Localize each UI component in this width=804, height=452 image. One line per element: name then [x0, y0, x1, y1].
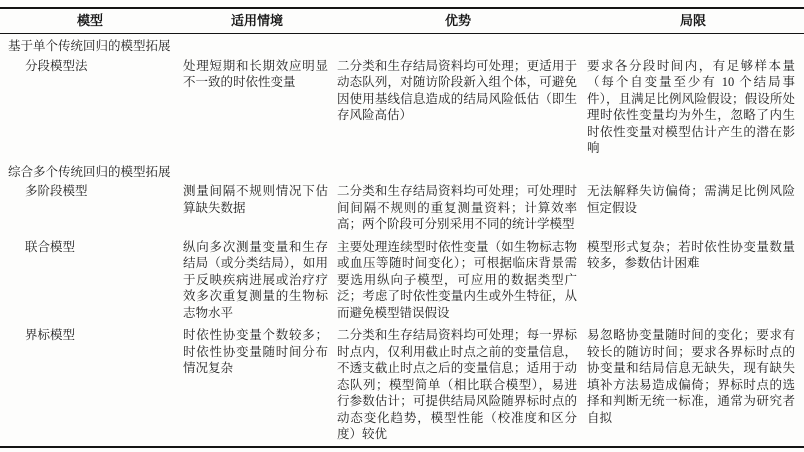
cell-situation-landmark: 时依性协变量个数较多；时依性协变量随时间分布情况复杂 — [180, 324, 334, 447]
table-row-multistage-model: 多阶段模型 测量间隔不规则情况下估算缺失数据 二分类和生存结局资料均可处理；可处… — [0, 180, 804, 236]
cell-limitation-multistage: 无法解释失访偏倚；需满足比例风险恒定假设 — [582, 180, 804, 236]
cell-model-joint: 联合模型 — [0, 236, 180, 325]
column-header-advantage: 优势 — [334, 8, 582, 34]
table-row-landmark-model: 界标模型 时依性协变量个数较多；时依性协变量随时间分布情况复杂 二分类和生存结局… — [0, 324, 804, 447]
cell-limitation-joint: 模型形式复杂；若时依性协变量数量较多，参数估计困难 — [582, 236, 804, 325]
cell-limitation-piecewise: 要求各分段时间内，有足够样本量（每个自变量至少有 10 个结局事件），且满足比例… — [582, 55, 804, 160]
cell-limitation-landmark: 易忽略协变量随时间的变化；要求有较长的随访时间；要求各界标时点的协变量和结局信息… — [582, 324, 804, 447]
cell-advantage-multistage: 二分类和生存结局资料均可处理；可处理时间间隔不规则的重复测量资料；计算效率高；两… — [334, 180, 582, 236]
cell-situation-piecewise: 处理短期和长期效应明显不一致的时依性变量 — [180, 55, 334, 160]
cell-advantage-landmark: 二分类和生存结局资料均可处理；每一界标时点内，仅利用截止时点之前的变量信息，不透… — [334, 324, 582, 447]
cell-model-piecewise: 分段模型法 — [0, 55, 180, 160]
cell-model-multistage: 多阶段模型 — [0, 180, 180, 236]
model-comparison-table: 模型 适用情境 优势 局限 基于单个传统回归的模型拓展 分段模型法 处理短期和长… — [0, 7, 804, 448]
table-row-piecewise-model: 分段模型法 处理短期和长期效应明显不一致的时依性变量 二分类和生存结局资料均可处… — [0, 55, 804, 160]
group-title-single-regression: 基于单个传统回归的模型拓展 — [0, 34, 804, 55]
table-header-row: 模型 适用情境 优势 局限 — [0, 8, 804, 34]
column-header-model: 模型 — [0, 8, 180, 34]
cell-model-landmark: 界标模型 — [0, 324, 180, 447]
group-title-multi-regression: 综合多个传统回归的模型拓展 — [0, 160, 804, 181]
cell-situation-multistage: 测量间隔不规则情况下估算缺失数据 — [180, 180, 334, 236]
table-row-joint-model: 联合模型 纵向多次测量变量和生存结局（或分类结局），如用于反映疾病进展或治疗疗效… — [0, 236, 804, 325]
column-header-limitation: 局限 — [582, 8, 804, 34]
cell-advantage-piecewise: 二分类和生存结局资料均可处理；更适用于动态队列，对随访阶段新入组个体，可避免因使… — [334, 55, 582, 160]
column-header-situation: 适用情境 — [180, 8, 334, 34]
group-row-multi-regression: 综合多个传统回归的模型拓展 — [0, 160, 804, 181]
group-row-single-regression: 基于单个传统回归的模型拓展 — [0, 34, 804, 55]
paper-page: 模型 适用情境 优势 局限 基于单个传统回归的模型拓展 分段模型法 处理短期和长… — [0, 7, 804, 452]
cell-situation-joint: 纵向多次测量变量和生存结局（或分类结局），如用于反映疾病进展或治疗疗效多次重复测… — [180, 236, 334, 325]
cell-advantage-joint: 主要处理连续型时依性变量（如生物标志物或血压等随时间变化）；可根据临床背景需要选… — [334, 236, 582, 325]
